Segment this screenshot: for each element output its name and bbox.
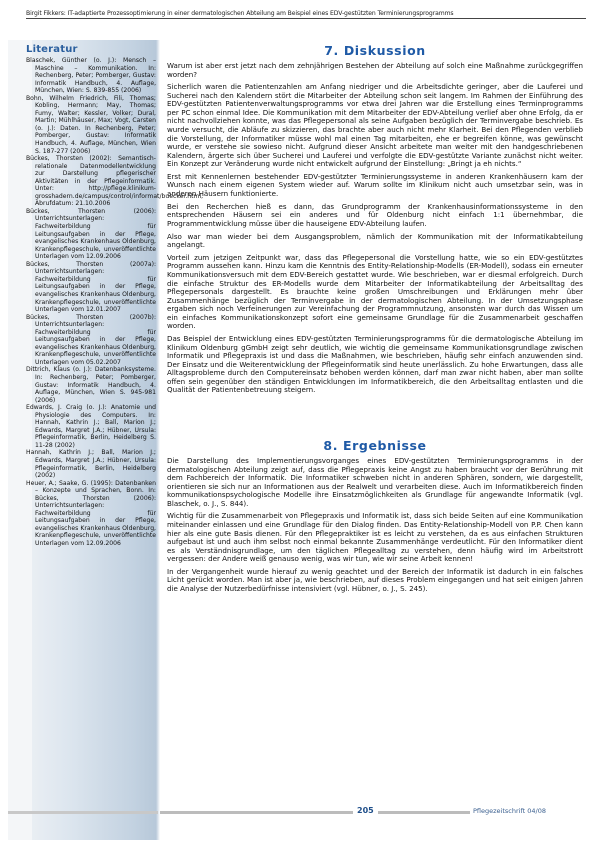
paragraph: In der Vergangenheit wurde hierauf zu we…: [167, 568, 583, 594]
paragraph: Wichtig für die Zusammenarbeit von Pfleg…: [167, 512, 583, 563]
literature-title: Literatur: [26, 44, 156, 55]
section-spacer: [167, 399, 583, 437]
reference-item: Blaschek, Günther (o. J.): Mensch – Masc…: [26, 57, 156, 95]
paragraph: Bei den Recherchen hieß es dann, das Gru…: [167, 203, 583, 229]
reference-item: Heuer, A.; Saake, G. (1995): Datenbanken…: [26, 480, 156, 548]
footer-rule: [8, 811, 158, 814]
literature-content: Literatur Blaschek, Günther (o. J.): Men…: [26, 40, 156, 548]
footer-rule: [160, 811, 470, 814]
literature-sidebar: Literatur Blaschek, Günther (o. J.): Men…: [8, 40, 160, 840]
paragraph: Das Beispiel der Entwicklung eines EDV-g…: [167, 335, 583, 395]
reference-item: Edwards, J. Craig (o. J.): Anatomie und …: [26, 404, 156, 449]
reference-item: Bohn, Wilhelm Friedrich, Fili, Thomas; K…: [26, 95, 156, 155]
paragraph: Sicherlich waren die Patientenzahlen am …: [167, 83, 583, 168]
section-results: 8. Ergebnisse Die Darstellung des Implem…: [167, 439, 583, 594]
paragraph: Also war man wieder bei dem Ausgangsprob…: [167, 233, 583, 250]
reference-item: Bückes, Thorsten (2007b): Unterrichtsunt…: [26, 314, 156, 367]
page-number: 205: [353, 806, 378, 815]
reference-item: Hannah, Kathrin J.; Ball, Marion J.; Edw…: [26, 449, 156, 479]
reference-item: Bückes, Thorsten (2007a): Unterrichtsunt…: [26, 261, 156, 314]
paragraph: Die Darstellung des Implementierungsvorg…: [167, 457, 583, 508]
running-header: Birgit Fikkers: IT-adaptierte Prozessopt…: [26, 10, 586, 19]
section-title: 7. Diskussion: [167, 44, 583, 58]
reference-item: Bückes, Thorsten (2006): Unterrichtsunte…: [26, 208, 156, 261]
reference-item: Dittrich, Klaus (o. J.): Datenbanksystem…: [26, 366, 156, 404]
journal-name: Pflegezeitschrift 04/08: [473, 807, 546, 815]
reference-item: Bückes, Thorsten (2002): Semantisch-rela…: [26, 155, 156, 208]
section-title: 8. Ergebnisse: [167, 439, 583, 453]
section-discussion: 7. Diskussion Warum ist aber erst jetzt …: [167, 44, 583, 395]
paragraph: Erst mit Kennenlernen bestehender EDV-ge…: [167, 173, 583, 199]
paragraph: Vorteil zum jetzigen Zeitpunkt war, dass…: [167, 254, 583, 331]
page-footer: 205 Pflegezeitschrift 04/08: [8, 806, 588, 818]
reference-list: Blaschek, Günther (o. J.): Mensch – Masc…: [26, 57, 156, 548]
main-text: 7. Diskussion Warum ist aber erst jetzt …: [167, 42, 583, 598]
paragraph: Warum ist aber erst jetzt nach dem zehnj…: [167, 62, 583, 79]
